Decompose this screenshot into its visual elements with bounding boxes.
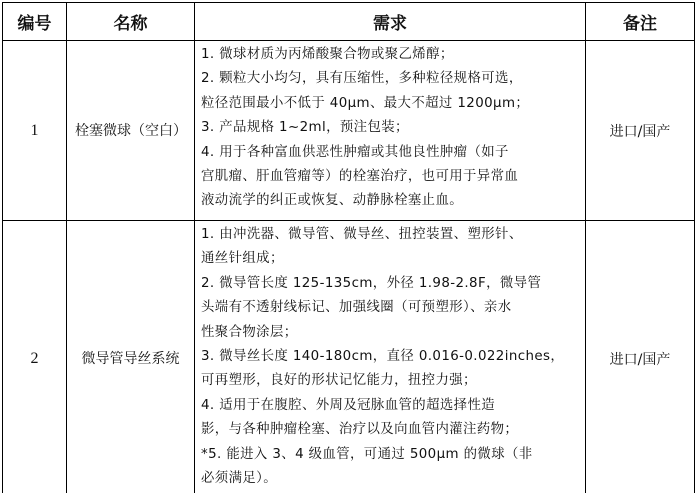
- requirement-line: 粒径范围最小不低于 40μm、最大不超过 1200μm；: [201, 92, 581, 116]
- requirement-line: 2. 微导管长度 125-135cm，外径 1.98-2.8F，微导管: [201, 272, 581, 296]
- requirement-line: 宫肌瘤、肝血管瘤等）的栓塞治疗，也可用于异常血: [201, 165, 581, 189]
- row-id: 2: [3, 221, 67, 493]
- header-id: 编号: [3, 3, 67, 41]
- header-name: 名称: [67, 3, 195, 41]
- requirement-line: 头端有不透射线标记、加强线圈（可预塑形）、亲水: [201, 296, 581, 320]
- requirement-line: 可再塑形，良好的形状记忆能力，扭控力强；: [201, 369, 581, 393]
- requirement-line: 3. 微导丝长度 140-180cm，直径 0.016-0.022inches，: [201, 345, 581, 369]
- header-note: 备注: [586, 3, 695, 41]
- requirement-line: 性聚合物涂层；: [201, 321, 581, 345]
- row-name: 微导管导丝系统: [67, 221, 195, 493]
- requirement-line: 影，与各种肿瘤栓塞、治疗以及向血管内灌注药物；: [201, 418, 581, 442]
- requirement-line: *5. 能进入 3、4 级血管，可通过 500μm 的微球（非: [201, 443, 581, 467]
- requirement-line: 4. 适用于在腹腔、外周及冠脉血管的超选择性造: [201, 394, 581, 418]
- requirement-line: 1. 微球材质为丙烯酸聚合物或聚乙烯醇；: [201, 43, 581, 67]
- header-requirements: 需求: [195, 3, 586, 41]
- table-row: 1 栓塞微球（空白） 1. 微球材质为丙烯酸聚合物或聚乙烯醇； 2. 颗粒大小均…: [3, 41, 695, 221]
- requirement-line: 1. 由冲洗器、微导管、微导丝、扭控装置、塑形针、: [201, 223, 581, 247]
- requirements-table: 编号 名称 需求 备注 1 栓塞微球（空白） 1. 微球材质为丙烯酸聚合物或聚乙…: [2, 2, 695, 493]
- header-row: 编号 名称 需求 备注: [3, 3, 695, 41]
- row-name: 栓塞微球（空白）: [67, 41, 195, 221]
- requirement-line: 2. 颗粒大小均匀，具有压缩性，多种粒径规格可选，: [201, 67, 581, 91]
- row-note: 进口/国产: [586, 221, 695, 493]
- requirement-line: 通丝针组成；: [201, 247, 581, 271]
- requirement-line: 4. 用于各种富血供恶性肿瘤或其他良性肿瘤（如子: [201, 141, 581, 165]
- row-id: 1: [3, 41, 67, 221]
- requirement-line: 液动流学的纠正或恢复、动静脉栓塞止血。: [201, 189, 581, 213]
- table-row: 2 微导管导丝系统 1. 由冲洗器、微导管、微导丝、扭控装置、塑形针、 通丝针组…: [3, 221, 695, 493]
- row-note: 进口/国产: [586, 41, 695, 221]
- row-requirements: 1. 微球材质为丙烯酸聚合物或聚乙烯醇； 2. 颗粒大小均匀，具有压缩性，多种粒…: [195, 41, 586, 221]
- requirement-line: 必须满足）。: [201, 467, 581, 491]
- row-requirements: 1. 由冲洗器、微导管、微导丝、扭控装置、塑形针、 通丝针组成； 2. 微导管长…: [195, 221, 586, 493]
- requirement-line: 3. 产品规格 1~2ml，预注包装；: [201, 116, 581, 140]
